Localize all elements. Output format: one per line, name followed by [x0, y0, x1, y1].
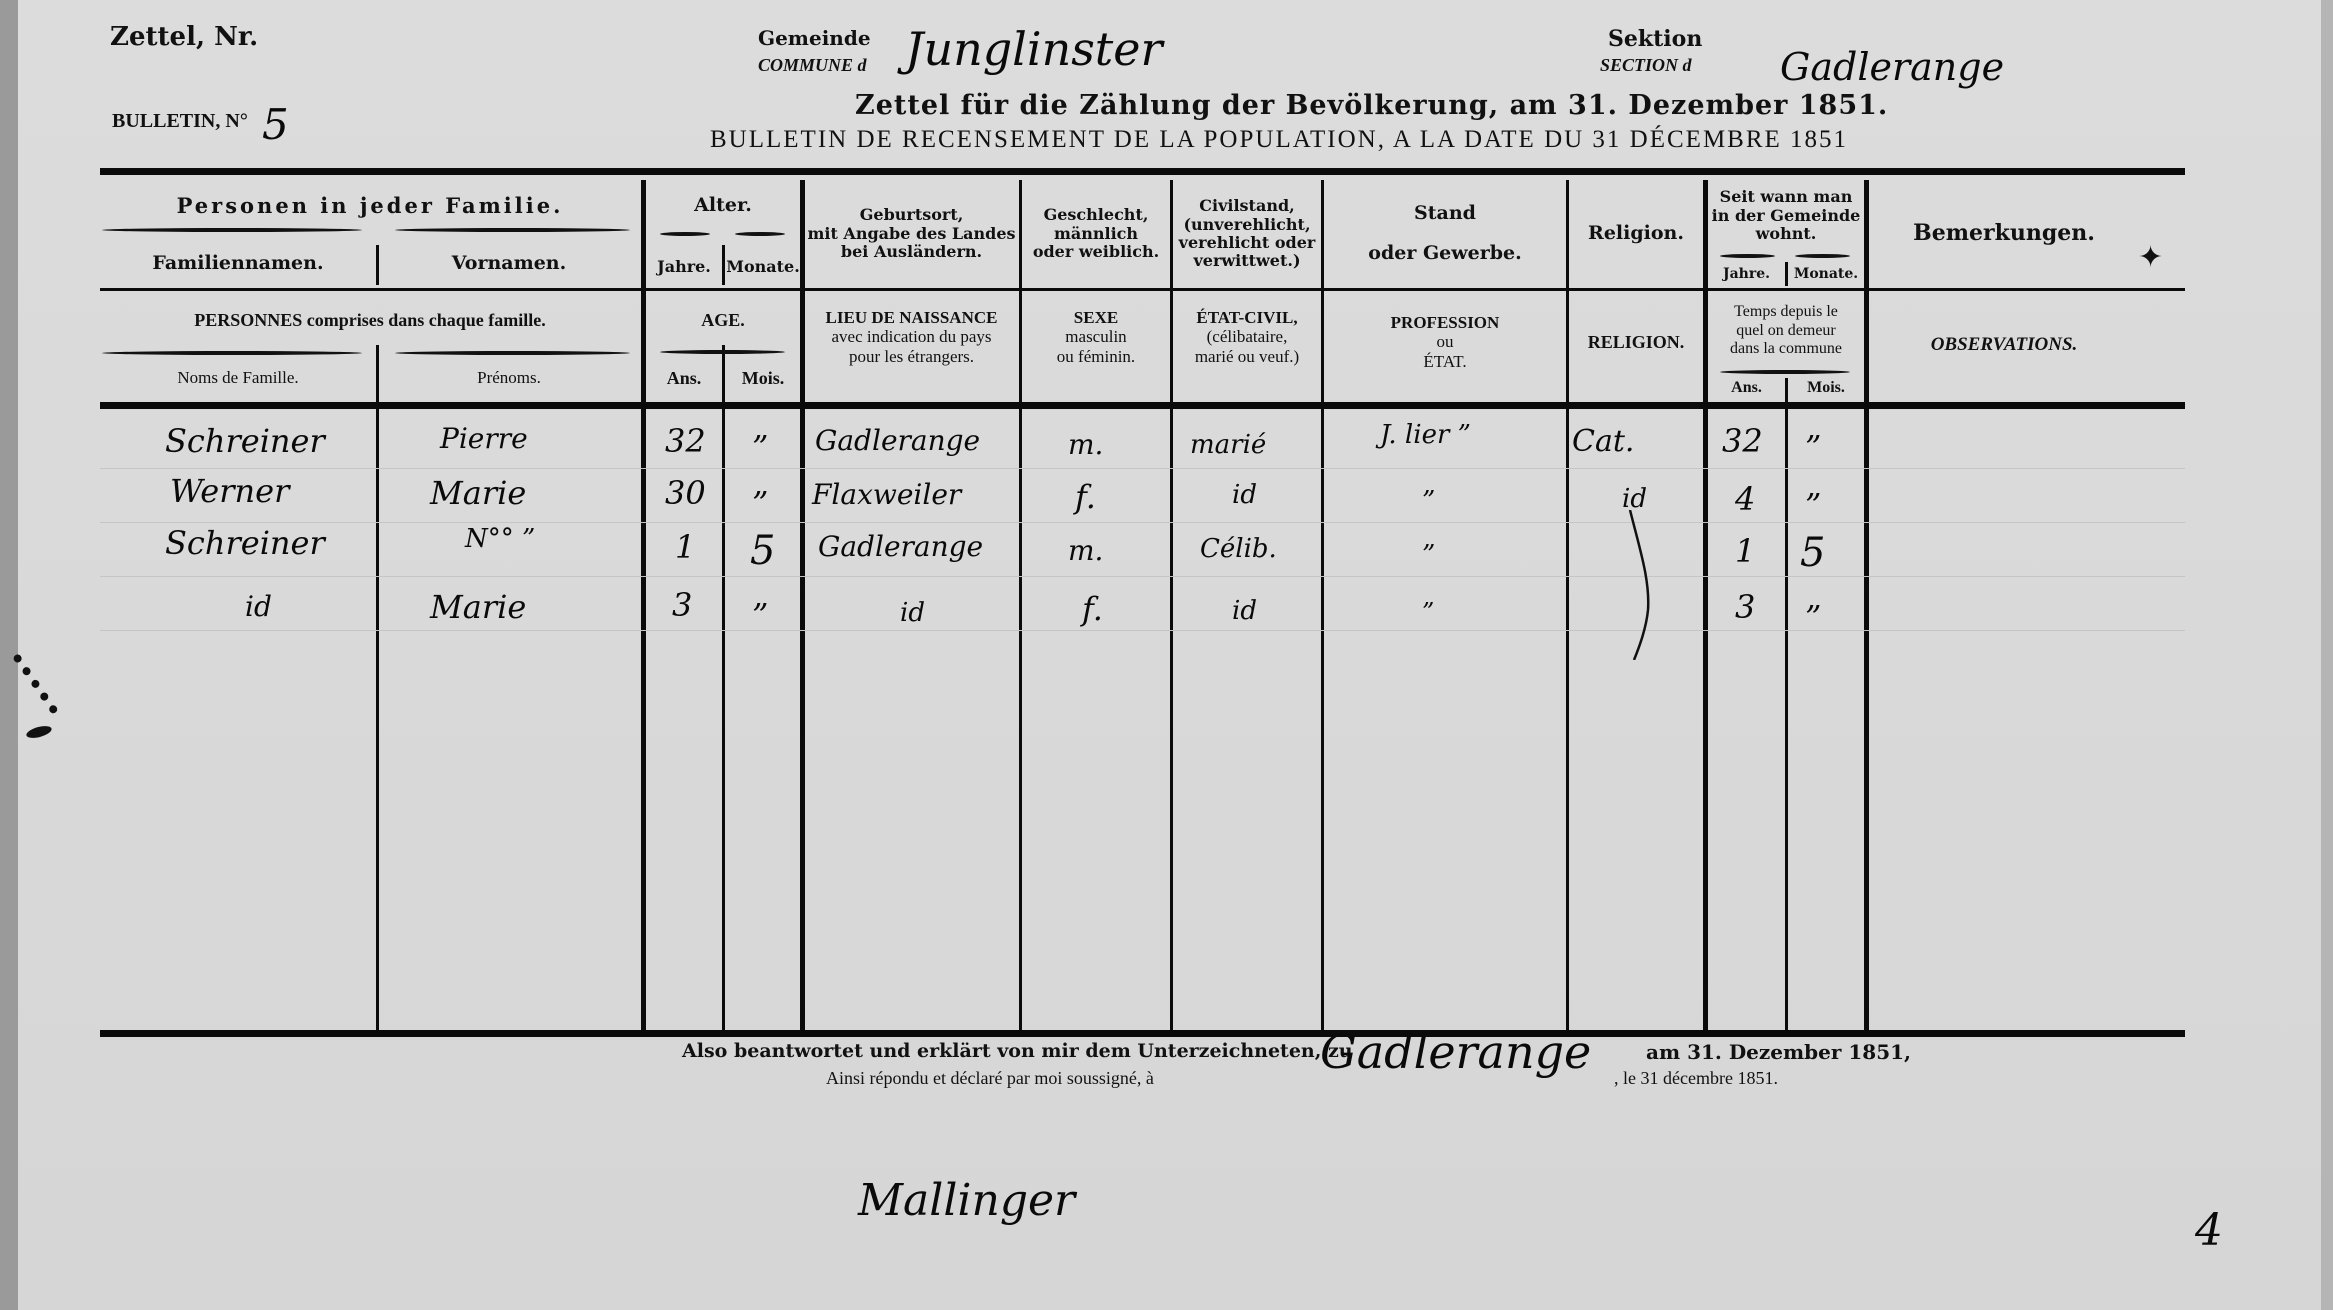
header-personnes: PERSONNES comprises dans chaque famille.	[102, 300, 638, 340]
geschlecht-line1: Geschlecht,	[1044, 206, 1149, 224]
sexe-line2: masculin	[1065, 327, 1126, 347]
etat-line1: ÉTAT-CIVIL,	[1196, 308, 1297, 328]
bulletin-number: 5	[262, 100, 289, 149]
row4-sexe: f.	[1082, 590, 1103, 628]
row3-sexe: m.	[1068, 534, 1103, 567]
sexe-line3: ou féminin.	[1057, 347, 1135, 367]
header-age: AGE.	[646, 300, 800, 340]
temps-line2: quel on demeur	[1736, 322, 1836, 340]
row1-mois: ”	[752, 428, 768, 466]
profession-line1: PROFESSION	[1391, 313, 1500, 333]
row1-depuis-mois: ”	[1805, 428, 1821, 466]
row4-profession: ”	[1422, 598, 1434, 626]
row1-prenom: Pierre	[440, 422, 528, 455]
header-bemerkungen: Bemerkungen.	[1869, 186, 2139, 282]
lieu-line3: pour les étrangers.	[849, 347, 974, 367]
civilstand-line4: verwittwet.)	[1193, 252, 1300, 270]
col-divider-jahre	[722, 345, 725, 1030]
header-religion-fr: RELIGION.	[1569, 302, 1703, 382]
row2-prenom: Marie	[430, 474, 526, 512]
stand-line2: oder Gewerbe.	[1368, 243, 1521, 265]
row4-nom: id	[245, 590, 272, 623]
row1-ans: 32	[665, 422, 706, 460]
row1-sexe: m.	[1068, 428, 1103, 461]
section-label: SECTION d	[1600, 55, 1692, 76]
swash-seit-r	[1795, 254, 1850, 258]
row4-etat: id	[1232, 596, 1257, 626]
header-stand: Stand oder Gewerbe.	[1324, 186, 1566, 282]
header-geburtsort: Geburtsort, mit Angabe des Landes bei Au…	[804, 186, 1019, 282]
header-jahre: Jahre.	[646, 254, 722, 280]
row4-depuis-mois: ”	[1805, 598, 1821, 636]
lieu-line2: avec indication du pays	[831, 327, 991, 347]
row3-nom: Schreiner	[165, 524, 325, 562]
temps-line3: dans la commune	[1730, 340, 1842, 358]
seit-line2: in der Gemeinde	[1712, 207, 1861, 225]
header-sexe: SEXE masculin ou féminin.	[1022, 302, 1170, 372]
table-bottom-rule	[100, 1030, 2185, 1037]
header-bottom-rule	[100, 402, 2185, 409]
header-personen: Personen in jeder Familie.	[102, 188, 638, 224]
col-divider-seit-jahre	[1785, 378, 1788, 1030]
ruled-line	[100, 630, 2185, 631]
swash-seit-l	[1720, 254, 1775, 258]
row4-mois: ”	[752, 596, 768, 634]
col-divider-names-de	[376, 245, 379, 285]
swash-alter-r	[735, 232, 785, 236]
row4-ans: 3	[672, 586, 692, 624]
row2-depuis-ans: 4	[1735, 480, 1755, 518]
table-top-rule	[100, 168, 2185, 175]
profession-line3: ÉTAT.	[1423, 352, 1466, 372]
row3-etat: Célib.	[1200, 534, 1277, 564]
header-seit-monate: Monate.	[1788, 262, 1864, 286]
header-noms: Noms de Famille.	[102, 360, 374, 396]
header-ans: Ans.	[646, 360, 722, 396]
declaration-french: Ainsi répondu et déclaré par moi soussig…	[826, 1068, 1154, 1089]
header-monate: Monate.	[725, 254, 801, 280]
swash-de-left	[102, 228, 362, 232]
col-divider-bemerkungen	[1864, 180, 1869, 1030]
stand-line1: Stand	[1414, 203, 1476, 225]
row4-lieu: id	[900, 598, 925, 628]
temps-line1: Temps depuis le	[1734, 303, 1838, 321]
title-german: Zettel für die Zählung der Bevölkerung, …	[855, 90, 1888, 121]
row1-lieu: Gadlerange	[815, 424, 980, 457]
sektion-label: Sektion	[1608, 26, 1702, 52]
census-form-page: Zettel, Nr. BULLETIN, N° 5 Gemeinde COMM…	[0, 0, 2333, 1310]
geburtsort-line3: bei Ausländern.	[841, 243, 982, 261]
zettel-nr-label: Zettel, Nr.	[110, 22, 258, 52]
gemeinde-label: Gemeinde	[758, 26, 871, 50]
row1-profession: J. lier ”	[1380, 420, 1471, 450]
header-vornamen: Vornamen.	[380, 246, 638, 282]
row1-depuis-ans: 32	[1722, 422, 1763, 460]
title-french: BULLETIN DE RECENSEMENT DE LA POPULATION…	[710, 126, 1848, 154]
row2-mois: ”	[752, 484, 768, 522]
header-prenoms: Prénoms.	[380, 360, 638, 396]
row3-depuis-ans: 1	[1735, 532, 1755, 570]
header-geschlecht: Geschlecht, männlich oder weiblich.	[1022, 186, 1170, 282]
civilstand-line2: (unverehlicht,	[1183, 216, 1310, 234]
bulletin-label: BULLETIN, N°	[112, 110, 248, 133]
row1-etat: marié	[1190, 430, 1266, 460]
row1-religion: Cat.	[1572, 424, 1634, 459]
swash-fr-right	[395, 351, 630, 355]
header-temps-ans: Ans.	[1708, 376, 1785, 400]
civilstand-line3: verehlicht oder	[1179, 234, 1316, 252]
ruled-line	[100, 522, 2185, 523]
header-profession: PROFESSION ou ÉTAT.	[1324, 302, 1566, 382]
row3-prenom: N°° ”	[465, 524, 535, 554]
header-mois: Mois.	[725, 360, 801, 396]
ornament-icon: ✦	[2138, 240, 2163, 275]
header-observations: OBSERVATIONS.	[1869, 310, 2139, 380]
ruled-line	[100, 468, 2185, 469]
declaration-place: Gadlerange	[1320, 1025, 1591, 1079]
signature: Mallinger	[858, 1175, 1075, 1226]
declaration-date-german: am 31. Dezember 1851,	[1646, 1040, 1911, 1064]
row3-lieu: Gadlerange	[818, 530, 983, 563]
row2-lieu: Flaxweiler	[812, 478, 961, 511]
commune-label: COMMUNE d	[758, 55, 867, 76]
etat-line2: (célibataire,	[1207, 327, 1288, 347]
ink-blot	[25, 724, 53, 740]
row2-nom: Werner	[170, 472, 289, 510]
ink-blot	[12, 631, 90, 715]
row1-nom: Schreiner	[165, 422, 325, 460]
swash-fr-left	[102, 351, 362, 355]
swash-age	[660, 350, 785, 354]
row2-profession: ”	[1422, 486, 1435, 516]
swash-temps	[1720, 370, 1850, 374]
row3-profession: ”	[1422, 540, 1435, 570]
geschlecht-line2: männlich	[1054, 225, 1138, 243]
header-divider-rule	[100, 288, 2185, 291]
row3-mois: 5	[750, 528, 775, 574]
header-seit-wann: Seit wann man in der Gemeinde wohnt.	[1708, 180, 1864, 252]
page-number: 4	[2195, 1205, 2223, 1256]
row2-etat: id	[1232, 480, 1257, 510]
row3-depuis-mois: 5	[1800, 530, 1825, 576]
swash-de-right	[395, 228, 630, 232]
header-temps: Temps depuis le quel on demeur dans la c…	[1708, 296, 1864, 366]
seit-line3: wohnt.	[1756, 225, 1817, 243]
row2-ans: 30	[665, 474, 706, 512]
declaration-german: Also beantwortet und erklärt von mir dem…	[682, 1040, 1353, 1062]
row4-depuis-ans: 3	[1735, 588, 1755, 626]
geschlecht-line3: oder weiblich.	[1033, 243, 1159, 261]
commune-value: Junglinster	[905, 22, 1163, 76]
header-religion: Religion.	[1569, 186, 1703, 282]
geburtsort-line1: Geburtsort,	[860, 206, 964, 224]
sexe-line1: SEXE	[1074, 308, 1118, 328]
header-seit-jahre: Jahre.	[1708, 262, 1785, 286]
header-familiennamen: Familiennamen.	[102, 246, 374, 282]
etat-line3: marié ou veuf.)	[1195, 347, 1299, 367]
col-divider-names	[376, 345, 379, 1030]
row3-ans: 1	[675, 528, 695, 566]
row4-prenom: Marie	[430, 588, 526, 626]
header-alter: Alter.	[646, 188, 800, 224]
header-temps-mois: Mois.	[1788, 376, 1864, 400]
ruled-line	[100, 576, 2185, 577]
profession-line2: ou	[1437, 332, 1454, 352]
header-etat-civil: ÉTAT-CIVIL, (célibataire, marié ou veuf.…	[1173, 302, 1321, 372]
ditto-brace-icon	[1620, 510, 1660, 660]
section-value: Gadlerange	[1780, 45, 2004, 89]
lieu-line1: LIEU DE NAISSANCE	[826, 308, 998, 328]
page-right-edge	[2321, 0, 2333, 1310]
declaration-date-french: , le 31 décembre 1851.	[1614, 1068, 1778, 1089]
row2-sexe: f.	[1075, 478, 1096, 516]
row2-depuis-mois: ”	[1805, 486, 1821, 524]
geburtsort-line2: mit Angabe des Landes	[807, 225, 1015, 243]
seit-line1: Seit wann man	[1720, 188, 1853, 206]
header-lieu-naissance: LIEU DE NAISSANCE avec indication du pay…	[804, 302, 1019, 372]
swash-alter-l	[660, 232, 710, 236]
civilstand-line1: Civilstand,	[1199, 197, 1294, 215]
header-civilstand: Civilstand, (unverehlicht, verehlicht od…	[1173, 184, 1321, 284]
